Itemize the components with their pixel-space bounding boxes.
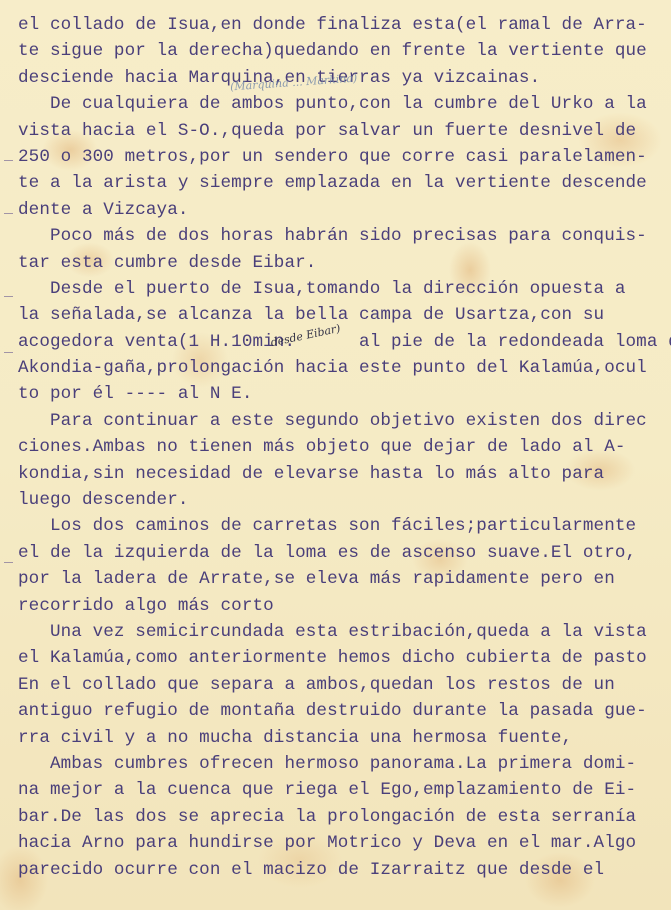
text-line: to por él ---- al N E. (18, 381, 671, 407)
text-line: te sigue por la derecha)quedando en fren… (18, 38, 671, 64)
text-line: el collado de Isua,en donde finaliza est… (18, 12, 671, 38)
text-line: te a la arista y siempre emplazada en la… (18, 170, 671, 196)
text-line: antiguo refugio de montaña destruido dur… (18, 698, 671, 724)
text-line: recorrido algo más corto (18, 593, 671, 619)
text-line: bar.De las dos se aprecia la prolongació… (18, 804, 671, 830)
text-line: vista hacia el S-O.,queda por salvar un … (18, 118, 671, 144)
margin-mark (4, 562, 13, 563)
text-line: ciones.Ambas no tienen más objeto que de… (18, 434, 671, 460)
margin-mark (4, 213, 13, 214)
text-line: Poco más de dos horas habrán sido precis… (18, 223, 671, 249)
text-line: la señalada,se alcanza la bella campa de… (18, 302, 671, 328)
paragraph: Poco más de dos horas habrán sido precis… (18, 223, 671, 276)
paragraph: Los dos caminos de carretas son fáciles;… (18, 513, 671, 619)
paragraph: Para continuar a este segundo objetivo e… (18, 408, 671, 514)
text-line: tar esta cumbre desde Eibar. (18, 250, 671, 276)
text-line: Desde el puerto de Isua,tomando la direc… (18, 276, 671, 302)
text-line: parecido ocurre con el macizo de Izarrai… (18, 857, 671, 883)
typewritten-text: el collado de Isua,en donde finaliza est… (18, 12, 671, 883)
margin-mark (4, 296, 13, 297)
paragraph: Una vez semicircundada esta estribación,… (18, 619, 671, 751)
margin-mark (4, 352, 13, 353)
text-line: Una vez semicircundada esta estribación,… (18, 619, 671, 645)
text-line: En el collado que separa a ambos,quedan … (18, 672, 671, 698)
text-line: De cualquiera de ambos punto,con la cumb… (18, 91, 671, 117)
text-line: Ambas cumbres ofrecen hermoso panorama.L… (18, 751, 671, 777)
text-line: Akondia-gaña,prolongación hacia este pun… (18, 355, 671, 381)
text-line: Para continuar a este segundo objetivo e… (18, 408, 671, 434)
text-line: por la ladera de Arrate,se eleva más rap… (18, 566, 671, 592)
text-line: kondia,sin necesidad de elevarse hasta l… (18, 461, 671, 487)
text-line: el de la izquierda de la loma es de asce… (18, 540, 671, 566)
paragraph: Desde el puerto de Isua,tomando la direc… (18, 276, 671, 408)
paragraph: Ambas cumbres ofrecen hermoso panorama.L… (18, 751, 671, 883)
text-line: hacia Arno para hundirse por Motrico y D… (18, 830, 671, 856)
text-line: na mejor a la cuenca que riega el Ego,em… (18, 777, 671, 803)
text-line: acogedora venta(1 H.10min. al pie de la … (18, 329, 671, 355)
text-line: dente a Vizcaya. (18, 197, 671, 223)
text-line: rra civil y a no mucha distancia una her… (18, 725, 671, 751)
text-line: 250 o 300 metros,por un sendero que corr… (18, 144, 671, 170)
paragraph: De cualquiera de ambos punto,con la cumb… (18, 91, 671, 223)
text-line: el Kalamúa,como anteriormente hemos dich… (18, 645, 671, 671)
text-line: Los dos caminos de carretas son fáciles;… (18, 513, 671, 539)
margin-mark (4, 160, 13, 161)
scanned-page: el collado de Isua,en donde finaliza est… (0, 0, 671, 910)
text-line: luego descender. (18, 487, 671, 513)
